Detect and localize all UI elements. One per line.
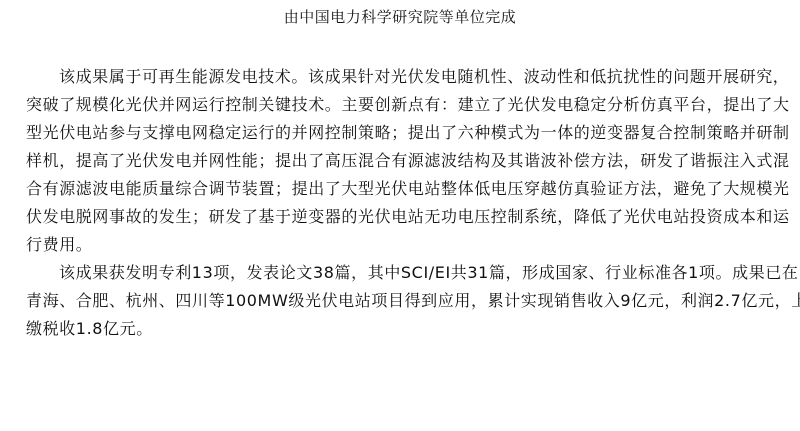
text-line: 缴税收1.8亿元。 xyxy=(26,315,768,343)
paragraph-technical-summary: 该成果属于可再生能源发电技术。该成果针对光伏发电随机性、波动性和低抗扰性的问题开… xyxy=(26,63,768,259)
text-line: 青海、合肥、杭州、四川等100MW级光伏电站项目得到应用，累计实现销售收入9亿元… xyxy=(26,287,768,315)
text-line: 样机，提高了光伏发电并网性能；提出了高压混合有源滤波结构及其谐波补偿方法，研发了… xyxy=(26,147,768,175)
article-body: 该成果属于可再生能源发电技术。该成果针对光伏发电随机性、波动性和低抗扰性的问题开… xyxy=(26,63,768,343)
paragraph-achievements: 该成果获发明专利13项，发表论文38篇，其中SCI/EI共31篇，形成国家、行业… xyxy=(26,259,768,343)
text-line: 伏发电脱网事故的发生；研发了基于逆变器的光伏电站无功电压控制系统，降低了光伏电站… xyxy=(26,203,768,231)
document-title: 由中国电力科学研究院等单位完成 xyxy=(0,7,800,27)
text-line: 行费用。 xyxy=(26,231,768,259)
text-line: 突破了规模化光伏并网运行控制关键技术。主要创新点有：建立了光伏发电稳定分析仿真平… xyxy=(26,91,768,119)
text-line: 该成果获发明专利13项，发表论文38篇，其中SCI/EI共31篇，形成国家、行业… xyxy=(26,259,768,287)
text-line: 合有源滤波电能质量综合调节装置；提出了大型光伏电站整体低电压穿越仿真验证方法，避… xyxy=(26,175,768,203)
text-line: 该成果属于可再生能源发电技术。该成果针对光伏发电随机性、波动性和低抗扰性的问题开… xyxy=(26,63,768,91)
text-line: 型光伏电站参与支撑电网稳定运行的并网控制策略；提出了六种模式为一体的逆变器复合控… xyxy=(26,119,768,147)
